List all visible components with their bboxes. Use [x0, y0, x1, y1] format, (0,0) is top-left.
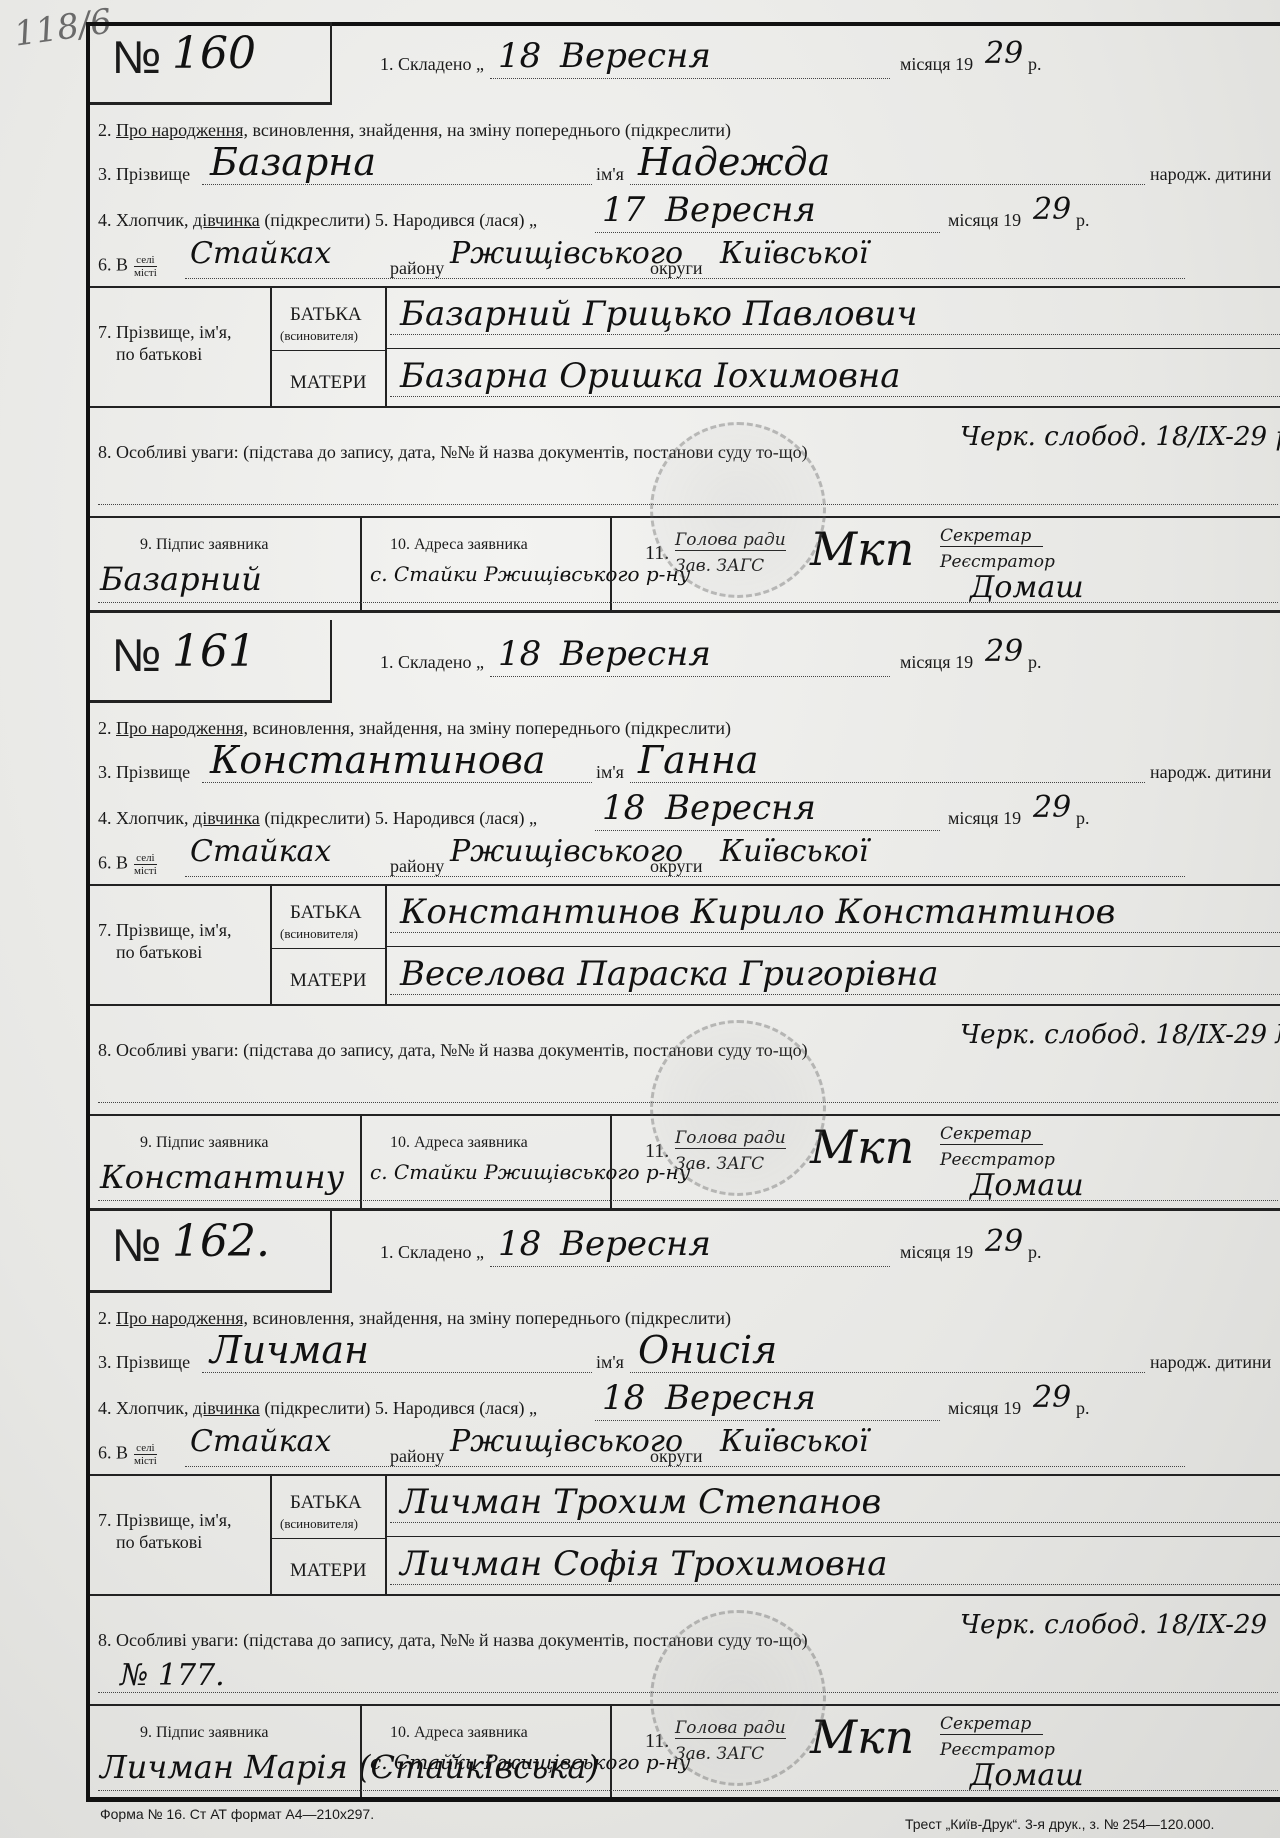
okruha-label: округи [650, 1446, 703, 1467]
notes-value: Черк. слобод. 18/IX-29 р. № 17 [960, 422, 1280, 452]
head-signature: Мкп [810, 1710, 914, 1764]
father-sublabel: (всиновителя) [280, 1516, 358, 1532]
record-number-box: № 162. [90, 1210, 332, 1293]
name-label: ім'я [596, 1352, 624, 1373]
district-label: району [390, 856, 444, 877]
record-number: 160 [172, 28, 256, 79]
notes-value: Черк. слобод. 18/IX-29 № 176 [960, 1020, 1280, 1050]
applicant-address: с. Стайки Ржищівського р-ну [370, 1750, 690, 1774]
birth-year-suffix: р. [1076, 1398, 1090, 1419]
birth-day: 18 [602, 1378, 645, 1418]
bottom-border [86, 1797, 1280, 1802]
registrar-signature: Домаш [970, 1168, 1084, 1203]
birth-year-suffix: р. [1076, 808, 1090, 829]
composed-day: 18 [498, 1224, 541, 1264]
registrar-label: Реєстратор [940, 1150, 1055, 1170]
record-number: 162. [172, 1216, 270, 1267]
official-stamp [650, 1610, 826, 1786]
father-full-name: Базарний Грицько Павлович [400, 294, 918, 334]
applicant-signature: Константину [100, 1158, 344, 1196]
place-label: 6. Вселімісті [98, 852, 163, 877]
birth-month-label: місяця 19 [948, 808, 1021, 829]
composed-month: Вересня [560, 36, 711, 76]
child-name: Онисія [638, 1328, 777, 1372]
composed-day: 18 [498, 36, 541, 76]
form-frame: № 160 1. Складено „ 18 Вересня місяця 19… [86, 22, 1280, 1800]
composed-month-label: місяця 19 [900, 54, 973, 75]
father-sublabel: (всиновителя) [280, 328, 358, 344]
father-label: БАТЬКА [290, 1492, 362, 1514]
composed-year-suffix: р. [1028, 54, 1042, 75]
number-sign: № [112, 1218, 161, 1272]
birth-month-label: місяця 19 [948, 1398, 1021, 1419]
birth-day: 17 [602, 190, 645, 230]
form-footer-left: Форма № 16. Ст АТ формат А4—210x297. [100, 1806, 374, 1822]
record-type-label: 2. Про народження, всиновлення, знайденн… [98, 120, 731, 141]
composed-month: Вересня [560, 634, 711, 674]
parents-label-2: по батькові [116, 942, 202, 963]
village: Стайках [190, 236, 331, 271]
official-stamp [650, 422, 826, 598]
record-type-label: 2. Про народження, всиновлення, знайденн… [98, 718, 731, 739]
child-surname: Константинова [210, 738, 546, 782]
applicant-signature: Базарний [100, 560, 262, 598]
mother-full-name: Веселова Параска Григорівна [400, 954, 939, 994]
father-sublabel: (всиновителя) [280, 926, 358, 942]
district-label: району [390, 1446, 444, 1467]
secretary-label: Секретар [940, 526, 1043, 547]
village: Стайках [190, 834, 331, 869]
father-label: БАТЬКА [290, 304, 362, 326]
birth-year-suffix: р. [1076, 210, 1090, 231]
birth-month: Вересня [665, 190, 816, 230]
birth-record-160: № 160 1. Складено „ 18 Вересня місяця 19… [90, 22, 1280, 620]
okruha-label: округи [650, 258, 703, 279]
surname-label: 3. Прізвище [98, 164, 190, 185]
official-stamp [650, 1020, 826, 1196]
district: Ржищівського [450, 834, 683, 869]
place-label: 6. Вселімісті [98, 1442, 163, 1467]
okruha: Київської [720, 236, 868, 271]
composed-year-suffix: р. [1028, 652, 1042, 673]
child-born-label: народж. дитини [1150, 1352, 1271, 1373]
district: Ржищівського [450, 1424, 683, 1459]
birth-month: Вересня [665, 788, 816, 828]
okruha: Київської [720, 834, 868, 869]
head-signature: Мкп [810, 1120, 914, 1174]
applicant-address: с. Стайки Ржищівського р-ну [370, 562, 690, 586]
child-surname: Базарна [210, 140, 376, 184]
child-name: Ганна [638, 738, 759, 782]
composed-label: 1. Складено „ [380, 1242, 484, 1263]
child-born-label: народж. дитини [1150, 164, 1271, 185]
number-sign: № [112, 30, 161, 84]
applicant-address-label: 10. Адреса заявника [390, 1134, 528, 1152]
parents-label-2: по батькові [116, 344, 202, 365]
composed-day: 18 [498, 634, 541, 674]
name-label: ім'я [596, 762, 624, 783]
head-signature: Мкп [810, 522, 914, 576]
composed-label: 1. Складено „ [380, 652, 484, 673]
birth-day: 18 [602, 788, 645, 828]
sex-and-birth-label: 4. Хлопчик, дівчинка (підкреслити) 5. На… [98, 808, 537, 829]
parents-label: 7. Прізвище, ім'я, [98, 920, 232, 941]
composed-year: 29 [985, 634, 1023, 669]
mother-full-name: Базарна Оришка Іохимовна [400, 356, 901, 396]
registrar-label: Реєстратор [940, 1740, 1055, 1760]
form-footer-right: Трест „Київ-Друк“. 3-я друк., з. № 254—1… [905, 1816, 1214, 1832]
child-born-label: народж. дитини [1150, 762, 1271, 783]
sex-and-birth-label: 4. Хлопчик, дівчинка (підкреслити) 5. На… [98, 210, 537, 231]
applicant-address-label: 10. Адреса заявника [390, 536, 528, 554]
place-label: 6. Вселімісті [98, 254, 163, 279]
birth-month-label: місяця 19 [948, 210, 1021, 231]
birth-record-161: № 161 1. Складено „ 18 Вересня місяця 19… [90, 620, 1280, 1210]
name-label: ім'я [596, 164, 624, 185]
mother-label: МАТЕРИ [290, 372, 366, 394]
village: Стайках [190, 1424, 331, 1459]
father-full-name: Личман Трохим Степанов [400, 1482, 881, 1522]
mother-full-name: Личман Софія Трохимовна [400, 1544, 887, 1584]
father-label: БАТЬКА [290, 902, 362, 924]
birth-year: 29 [1033, 790, 1071, 825]
surname-label: 3. Прізвище [98, 1352, 190, 1373]
okruha-label: округи [650, 856, 703, 877]
applicant-signature-label: 9. Підпис заявника [140, 536, 268, 554]
okruha: Київської [720, 1424, 868, 1459]
secretary-label: Секретар [940, 1124, 1043, 1145]
record-number-box: № 161 [90, 620, 332, 703]
birth-record-162: № 162. 1. Складено „ 18 Вересня місяця 1… [90, 1210, 1280, 1800]
record-number: 161 [172, 626, 256, 677]
composed-year: 29 [985, 36, 1023, 71]
district: Ржищівського [450, 236, 683, 271]
sex-and-birth-label: 4. Хлопчик, дівчинка (підкреслити) 5. На… [98, 1398, 537, 1419]
applicant-signature-label: 9. Підпис заявника [140, 1134, 268, 1152]
applicant-signature-label: 9. Підпис заявника [140, 1724, 268, 1742]
surname-label: 3. Прізвище [98, 762, 190, 783]
applicant-address: с. Стайки Ржищівського р-ну [370, 1160, 690, 1184]
record-number-box: № 160 [90, 22, 332, 105]
parents-label: 7. Прізвище, ім'я, [98, 322, 232, 343]
mother-label: МАТЕРИ [290, 970, 366, 992]
mother-label: МАТЕРИ [290, 1560, 366, 1582]
child-name: Надежда [638, 140, 830, 184]
applicant-address-label: 10. Адреса заявника [390, 1724, 528, 1742]
composed-month-label: місяця 19 [900, 1242, 973, 1263]
father-full-name: Константинов Кирило Константинов [400, 892, 1115, 932]
number-sign: № [112, 628, 161, 682]
composed-label: 1. Складено „ [380, 54, 484, 75]
composed-year: 29 [985, 1224, 1023, 1259]
birth-month: Вересня [665, 1378, 816, 1418]
record-type-label: 2. Про народження, всиновлення, знайденн… [98, 1308, 731, 1329]
child-surname: Личман [210, 1328, 369, 1372]
composed-month: Вересня [560, 1224, 711, 1264]
parents-label: 7. Прізвище, ім'я, [98, 1510, 232, 1531]
notes-value: Черк. слобод. 18/IX-29 [960, 1610, 1267, 1640]
birth-year: 29 [1033, 1380, 1071, 1415]
registrar-signature: Домаш [970, 1758, 1084, 1793]
parents-label-2: по батькові [116, 1532, 202, 1553]
registrar-signature: Домаш [970, 570, 1084, 605]
birth-year: 29 [1033, 192, 1071, 227]
composed-month-label: місяця 19 [900, 652, 973, 673]
district-label: району [390, 258, 444, 279]
registrar-label: Реєстратор [940, 552, 1055, 572]
composed-year-suffix: р. [1028, 1242, 1042, 1263]
secretary-label: Секретар [940, 1714, 1043, 1735]
notes-value-line2: № 177. [120, 1658, 225, 1693]
